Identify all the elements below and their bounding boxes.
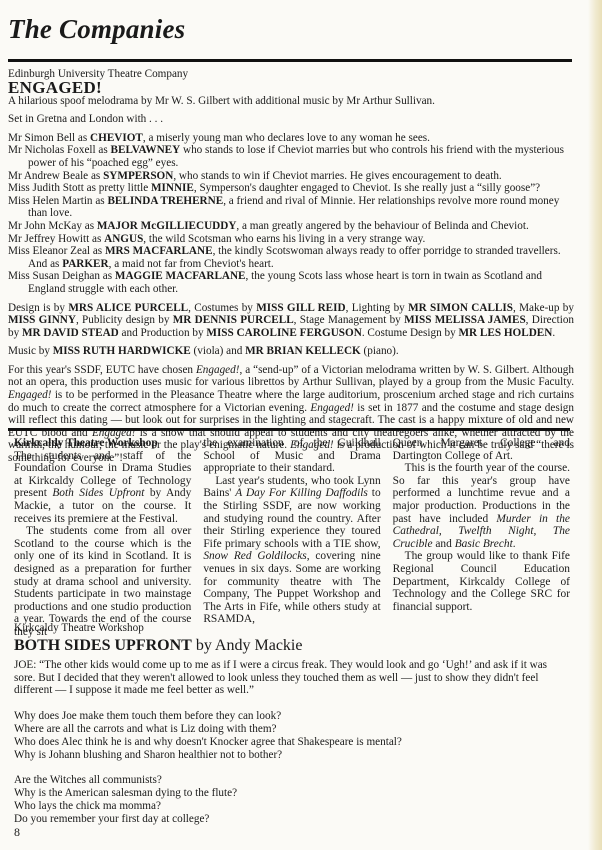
role-description: , the wild Scotsman who earns his living… xyxy=(143,233,425,245)
text-run: , Lighting by xyxy=(346,302,409,314)
paragraph: the examination of the Guildhall School … xyxy=(203,437,380,475)
text-run: Basic Brecht xyxy=(455,538,513,550)
text-run: , Costumes by xyxy=(188,302,256,314)
role-name: BELVAWNEY xyxy=(111,144,181,156)
question-line: Do you remember your first day at colleg… xyxy=(14,813,569,826)
text-run: (piano). xyxy=(361,345,399,357)
text-run: and Production by xyxy=(119,327,207,339)
text-run: Engaged! xyxy=(310,402,354,414)
text-run: MISS GILL REID xyxy=(256,302,345,314)
column-3: Queen Margaret College and Dartington Co… xyxy=(393,437,570,639)
show-title-line: BOTH SIDES UPFRONT by Andy Mackie xyxy=(14,637,569,655)
text-run: MISS MELISSA JAMES xyxy=(404,314,526,326)
text-run: For this year's SSDF, EUTC have chosen xyxy=(8,364,196,376)
text-run: MRS ALICE PURCELL xyxy=(68,302,188,314)
text-run: Snow Red Goldilocks xyxy=(203,550,306,562)
text-run: Design is by xyxy=(8,302,68,314)
page-title: The Companies xyxy=(8,14,185,45)
text-run: , Stage Management by xyxy=(294,314,404,326)
section-divider xyxy=(8,59,572,62)
text-run: MISS RUTH HARDWICKE xyxy=(53,345,191,357)
cast-list: Mr Simon Bell as CHEVIOT, a miserly youn… xyxy=(8,132,574,296)
setting-line: Set in Gretna and London with . . . xyxy=(8,113,574,126)
actor-name: Miss Helen Martin as xyxy=(8,195,107,207)
role-name: MAGGIE MACFARLANE xyxy=(115,270,246,282)
eutc-section: Edinburgh University Theatre Company ENG… xyxy=(8,68,574,465)
paragraph: The group would like to thank Fife Regio… xyxy=(393,550,570,613)
actor-name: Miss Judith Stott as pretty little xyxy=(8,182,151,194)
column-2: the examination of the Guildhall School … xyxy=(203,437,380,639)
text-run: The students come from all over Scotland… xyxy=(14,525,191,638)
text-run: MR LES HOLDEN xyxy=(458,327,552,339)
role-name: MAJOR McGILLIECUDDY xyxy=(97,220,237,232)
cast-entry: Mr Jeffrey Howitt as ANGUS, the wild Sco… xyxy=(8,233,574,246)
text-run: (viola) and xyxy=(191,345,245,357)
actor-name: Mr Andrew Beale as xyxy=(8,170,103,182)
role-description: , Symperson's daughter engaged to Chevio… xyxy=(194,182,540,194)
text-run: MISS CAROLINE FERGUSON xyxy=(206,327,361,339)
page-spine-shadow xyxy=(588,0,602,850)
question-line: Why does Joe make them touch them before… xyxy=(14,710,569,723)
role-name: MINNIE xyxy=(151,182,194,194)
cast-entry: Mr Nicholas Foxell as BELVAWNEY who stan… xyxy=(8,144,574,169)
questions-group-1: Why does Joe make them touch them before… xyxy=(14,710,569,761)
role-name: PARKER xyxy=(62,258,108,270)
text-run: . xyxy=(513,538,516,550)
text-run: Music by xyxy=(8,345,53,357)
text-run: Engaged! xyxy=(8,389,52,401)
text-run: MR BRIAN KELLECK xyxy=(245,345,361,357)
text-run: the examination of the Guildhall School … xyxy=(203,437,380,474)
cast-entry: Miss Eleanor Zeal as MRS MACFARLANE, the… xyxy=(8,245,574,270)
question-line: Who does Alec think he is and why doesn'… xyxy=(14,736,569,749)
text-run: . Costume Design by xyxy=(362,327,459,339)
text-run: A Day For Killing Daffodils xyxy=(235,487,368,499)
cast-entry: Mr John McKay as MAJOR McGILLIECUDDY, a … xyxy=(8,220,574,233)
text-run: MISS GINNY xyxy=(8,314,76,326)
role-name: CHEVIOT xyxy=(90,132,143,144)
cast-entry: Miss Susan Deighan as MAGGIE MACFARLANE,… xyxy=(8,270,574,295)
text-run: , Publicity design by xyxy=(76,314,173,326)
joe-quote: JOE: “The other kids would come up to me… xyxy=(14,659,569,697)
paragraph: Last year's students, who took Lynn Bain… xyxy=(203,475,380,626)
actor-name: Mr John McKay as xyxy=(8,220,97,232)
role-description: , a man greatly angered by the behaviour… xyxy=(236,220,528,232)
paragraph: This is the fourth year of the course. S… xyxy=(393,462,570,550)
question-line: Why is the American salesman dying to th… xyxy=(14,787,569,800)
column-1: Kirkcaldy Theatre Workshop The students … xyxy=(14,437,191,639)
kirkcaldy-columns: Kirkcaldy Theatre Workshop The students … xyxy=(14,437,570,639)
show-title: ENGAGED! xyxy=(8,81,574,95)
question-line: Where are all the carrots and what is Li… xyxy=(14,723,569,736)
page-number: 8 xyxy=(14,825,20,840)
production-credits: Design is by MRS ALICE PURCELL, Costumes… xyxy=(8,302,574,340)
cast-entry: Miss Judith Stott as pretty little MINNI… xyxy=(8,182,574,195)
byline: by Andy Mackie xyxy=(192,637,303,654)
text-run: MR DENNIS PURCELL xyxy=(173,314,294,326)
text-run: , Make-up by xyxy=(513,302,574,314)
question-line: Why is Johann blushing and Sharon health… xyxy=(14,749,569,762)
question-line: Who lays the chick ma momma? xyxy=(14,800,569,813)
role-name: SYMPERSON xyxy=(103,170,173,182)
actor-name: Miss Susan Deighan as xyxy=(8,270,115,282)
cast-entry: Mr Simon Bell as CHEVIOT, a miserly youn… xyxy=(8,132,574,145)
show-title: BOTH SIDES UPFRONT xyxy=(14,637,192,654)
text-run: MR SIMON CALLIS xyxy=(408,302,513,314)
text-run: The group would like to thank Fife Regio… xyxy=(393,550,570,612)
music-credits: Music by MISS RUTH HARDWICKE (viola) and… xyxy=(8,345,574,358)
magazine-page: The Companies Edinburgh University Theat… xyxy=(0,0,602,850)
role-name: BELINDA TREHERNE xyxy=(107,195,223,207)
text-run: Queen Margaret College and Dartington Co… xyxy=(393,437,570,462)
cast-entry: Mr Andrew Beale as SYMPERSON, who stands… xyxy=(8,170,574,183)
company-name: Kirkcaldy Theatre Workshop xyxy=(14,622,569,635)
company-heading: Kirkcaldy Theatre Workshop xyxy=(14,437,191,450)
text-run: . xyxy=(552,327,555,339)
role-name: ANGUS xyxy=(104,233,143,245)
question-line: Are the Witches all communists? xyxy=(14,774,569,787)
actor-name: Miss Eleanor Zeal as xyxy=(8,245,105,257)
role-description: , a maid not far from Cheviot's heart. xyxy=(109,258,274,270)
paragraph: Queen Margaret College and Dartington Co… xyxy=(393,437,570,462)
both-sides-section: Kirkcaldy Theatre Workshop BOTH SIDES UP… xyxy=(14,622,569,826)
questions-group-2: Are the Witches all communists?Why is th… xyxy=(14,774,569,825)
text-run: MR DAVID STEAD xyxy=(22,327,119,339)
text-run: and xyxy=(433,538,455,550)
actor-name: Mr Nicholas Foxell as xyxy=(8,144,111,156)
text-run: Both Sides Upfront xyxy=(52,487,144,499)
section-divider xyxy=(8,428,570,431)
role-description: , who stands to win if Cheviot marries. … xyxy=(173,170,501,182)
text-run: Engaged! xyxy=(196,364,240,376)
actor-name: Mr Jeffrey Howitt as xyxy=(8,233,104,245)
role-name: MRS MACFARLANE xyxy=(105,245,213,257)
paragraph: The students and staff of the Foundation… xyxy=(14,450,191,526)
role-description: , a miserly young man who declares love … xyxy=(143,132,430,144)
cast-entry: Miss Helen Martin as BELINDA TREHERNE, a… xyxy=(8,195,574,220)
show-subtitle: A hilarious spoof melodrama by Mr W. S. … xyxy=(8,95,574,108)
actor-name: Mr Simon Bell as xyxy=(8,132,90,144)
